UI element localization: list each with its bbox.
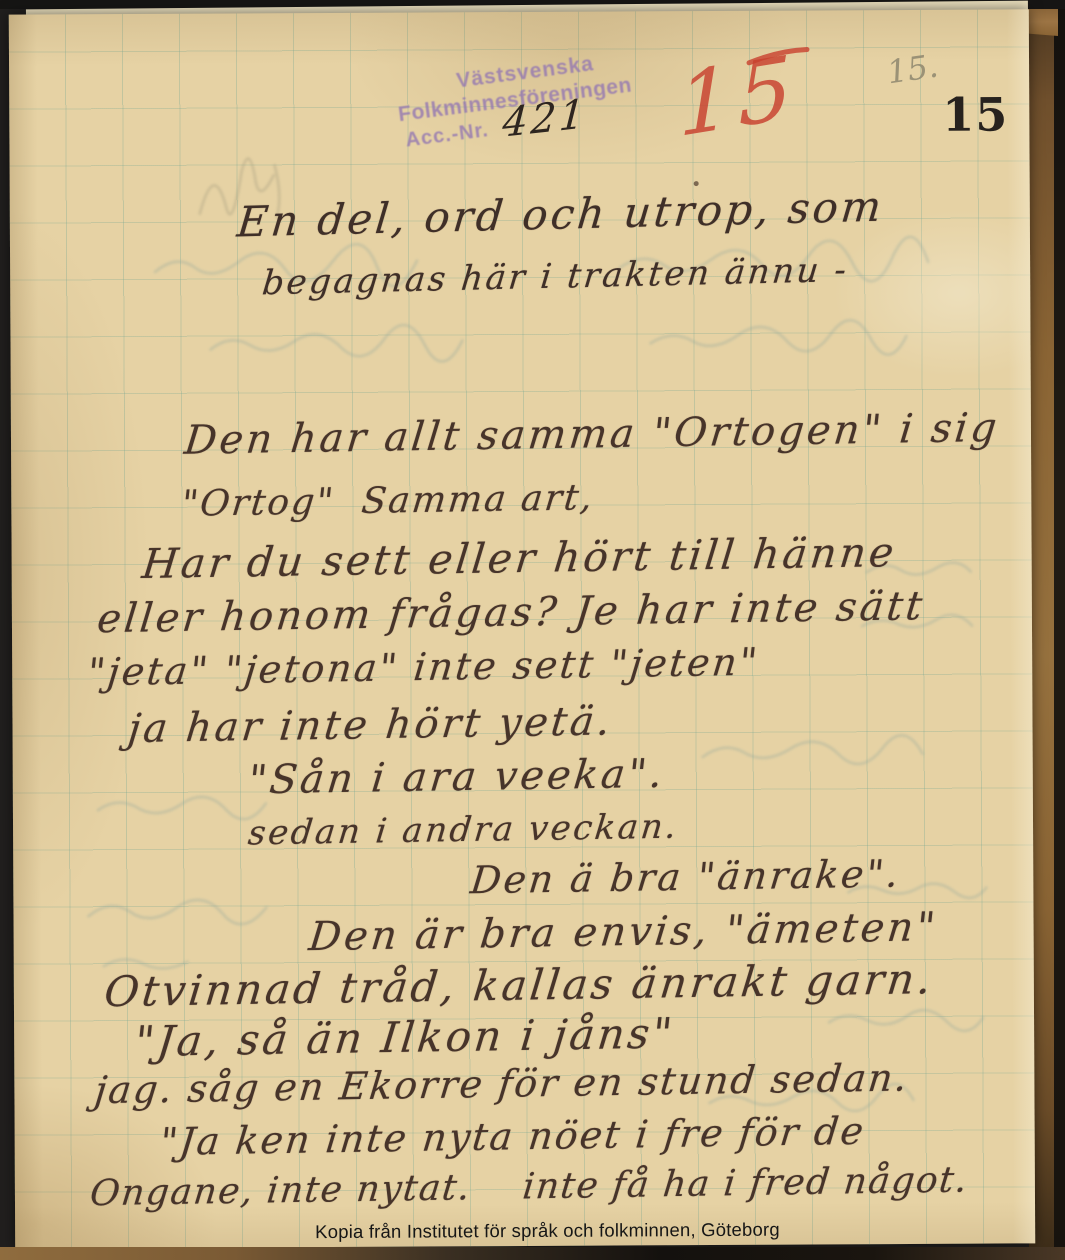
manuscript-line: ja har inte hört yetä. bbox=[126, 698, 616, 752]
manuscript-line: "Ortog" Samma art, bbox=[179, 477, 596, 524]
book-binding-edge bbox=[1029, 0, 1065, 1260]
page-number-pencil: 15. bbox=[885, 46, 941, 91]
document-scan: Västsvenska Folkminnesföreningen Acc.-Nr… bbox=[0, 0, 1065, 1260]
manuscript-line: "Sån i ara veeka". bbox=[246, 751, 668, 804]
manuscript-page: Västsvenska Folkminnesföreningen Acc.-Nr… bbox=[9, 9, 1035, 1248]
manuscript-line: sedan i andra veckan. bbox=[246, 807, 681, 854]
page-number-printed: 15 bbox=[942, 87, 1008, 141]
copy-credit-line: Kopia från Institutet för språk och folk… bbox=[315, 1219, 780, 1243]
manuscript-line: Den ä bra "änrake". bbox=[468, 852, 903, 903]
manuscript-line: "Ja, så än Ilkon i jåns" bbox=[132, 1009, 677, 1066]
scan-bottom-edge bbox=[0, 1247, 1065, 1260]
